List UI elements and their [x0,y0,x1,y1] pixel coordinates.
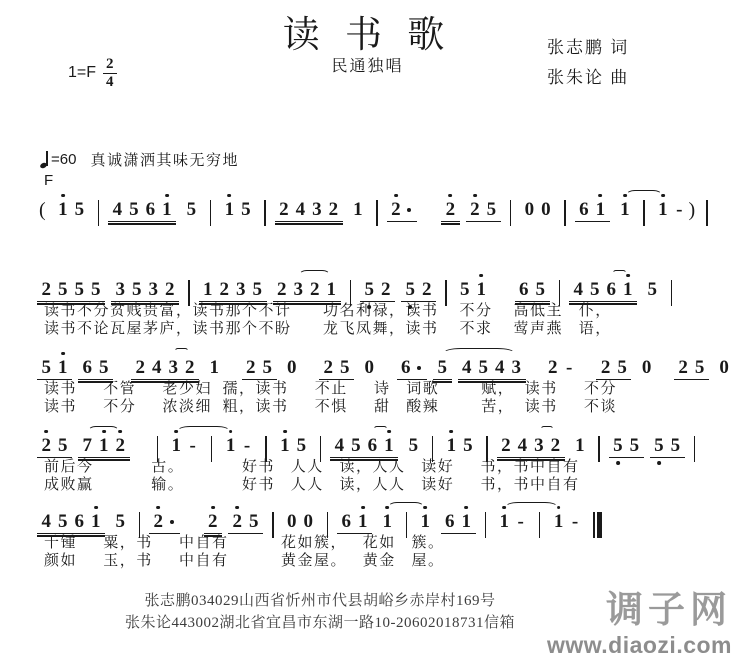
note: 2 [325,200,342,219]
note: 5 [610,436,627,455]
note-group: 2- [544,358,579,380]
note-group: 0 [283,358,302,380]
note: 2 [205,512,222,531]
note: 5 [402,280,419,299]
octave-dot-above [156,506,160,510]
note: 1 [221,200,238,219]
note: 0 [716,358,733,377]
note: 2 [112,436,129,455]
slur [177,426,229,436]
lyrics-line: 千锺 粟，书 中自有 花如簇， 花如 簇。 [44,534,735,552]
parenthesis: ) [688,200,697,220]
note-group: 25 [228,512,263,534]
note: 5 [88,280,105,299]
lyrics-line: 读书不分贫贱贵富，读书那个不计 功名利禄，读书 不分 高低主 仆， [44,302,735,320]
note: 0 [638,358,655,377]
note: 4 [292,200,309,219]
note-group: 65 [78,358,113,380]
octave-dot-above [44,430,48,434]
note: 1 [355,512,372,531]
extension-dash: - [567,512,583,531]
octave-dot-above [449,194,453,198]
note: 5 [460,436,477,455]
note: 5 [293,436,310,455]
note: 6 [364,436,381,455]
slur [388,502,424,512]
extension-dash: - [561,358,577,377]
note: 1 [443,436,460,455]
slur [443,348,515,358]
note-group: 4561 [37,512,105,534]
note-group: 00 [520,200,555,222]
note: 6 [338,512,355,531]
note: 0 [300,512,317,531]
expression-text: 真诚潇洒其味无穷地 [90,149,239,170]
note-group: 25 [674,358,709,380]
note-group: 2 [387,200,418,222]
note-group: ( [37,199,48,222]
extension-dash: - [185,436,201,455]
credits-block: 张志鹏 词 张朱论 曲 [547,33,629,93]
note-group: 2432 [497,436,565,458]
note: 3 [508,358,525,377]
extension-dash: - [671,200,687,219]
octave-dot-above [61,194,65,198]
note-group: 15 [276,436,311,458]
octave-dot-above [473,194,477,198]
note: 0 [361,358,378,377]
note: 5 [651,436,668,455]
note: 1 [55,358,72,377]
slur [612,270,627,280]
note-group: 1- [221,436,256,458]
note-group: 1 [349,200,368,222]
note: 1 [277,436,294,455]
note-group: 1 [205,358,224,380]
note-group: 5 [433,358,452,380]
octave-dot-above [394,194,398,198]
note-group: 1235 [199,280,267,302]
barline [706,200,708,226]
octave-dot-above [228,194,232,198]
note-group: 61 [337,512,372,534]
note-group: 52 [401,280,436,302]
note: 2 [378,280,395,299]
rhythm-dot [407,208,411,212]
key-signature: 1=F 2 4 [68,56,117,90]
note: 1 [159,200,176,219]
note: 5 [483,200,500,219]
octave-dot-above [599,194,603,198]
slur [626,190,662,200]
note: 6 [516,280,533,299]
note: 1 [496,512,513,531]
note: 1 [323,280,340,299]
time-signature: 2 4 [103,56,117,90]
barline [264,200,266,226]
note: 2 [162,280,179,299]
quarter-note-icon [40,151,50,169]
lyrics-line: 成败赢 输。 好书 人人 读，人人 读好 书，书中自有 [44,476,735,494]
barline [98,200,100,226]
note: 6 [576,200,593,219]
note-group: 1- [549,512,584,534]
note-group: 5 [111,512,130,534]
extension-dash: - [239,436,255,455]
note-group: 15 [54,200,89,222]
note: 3 [233,280,250,299]
note: 1 [206,358,223,377]
note: 2 [388,200,405,219]
octave-dot-above [165,194,169,198]
note: 1 [655,200,672,219]
note-group: 1-) [654,199,698,222]
note-group: 0 [360,358,379,380]
note: 4 [570,280,587,299]
note-group: 25 [319,358,354,380]
slur [299,270,330,280]
lyricist-credit: 张志鹏 词 [547,33,629,63]
note: 1 [550,512,567,531]
note: 5 [71,280,88,299]
note-group: 2 [441,200,460,222]
note-group: 15 [442,436,477,458]
note: 5 [614,358,631,377]
note: 5 [55,280,72,299]
note-group: 61 [441,512,476,534]
note: 2 [276,200,293,219]
extension-dash: - [513,512,529,531]
note: 2 [132,358,149,377]
note: 1 [88,512,105,531]
watermark-site-url: www.diaozi.com [547,632,732,659]
note: 2 [597,358,614,377]
music-line-2: 25553532123523215252516545615 [34,270,735,302]
note-group: 2432 [275,200,343,222]
note: 5 [126,200,143,219]
note: 5 [457,280,474,299]
lyrics-line: 读书不论瓦屋茅庐，读书那个不盼 龙飞凤舞，读书 不求 莺声燕 语， [44,320,735,338]
octave-dot-above [464,506,468,510]
barline [510,200,512,226]
note-group: 712 [78,436,130,458]
octave-dot-above [211,506,215,510]
note: 3 [290,280,307,299]
note-group: 1 [571,436,590,458]
note: 2 [38,436,55,455]
note: 3 [165,358,182,377]
note: 1 [200,280,217,299]
note-group: 4561 [569,280,637,302]
note: 2 [38,280,55,299]
note: 2 [150,512,167,531]
note-group: 15 [220,200,255,222]
rhythm-dot [417,366,421,370]
octave-dot-above [450,430,454,434]
lyrics-line: 读书 不分 浓淡细 粗，读书 不惧 甜 酸辣 苦， 读书 不谈 [44,398,735,416]
slur [505,502,557,512]
note: 2 [216,280,233,299]
note: 1 [458,512,475,531]
footer-address-2: 张朱论443002湖北省宜昌市东湖一路10-20602018731信箱 [40,612,600,634]
note: 5 [667,436,684,455]
note: 5 [238,200,255,219]
note: 2 [442,200,459,219]
octave-dot-above [361,506,365,510]
slur [88,426,119,436]
sheet-music-page: 读 书 歌 民通独唱 张志鹏 词 张朱论 曲 1=F 2 4 =60 真诚潇洒其… [0,0,735,668]
note-group: 1 [416,512,435,534]
note: 6 [71,512,88,531]
note: 5 [475,358,492,377]
note: 1 [381,436,398,455]
note-group: 51 [37,358,72,380]
lyrics-line: 前后今 古。 好书 人人 读，人人 读好 书，书中自有 [44,458,735,476]
note: 1 [617,200,634,219]
note: 5 [587,280,604,299]
chord-symbol: F [44,172,53,189]
note-group: 55 [609,436,644,458]
note: 5 [434,358,451,377]
meter-numerator: 2 [103,56,117,74]
note: 5 [405,436,422,455]
note-group: 0 [637,358,656,380]
note: 5 [129,280,146,299]
watermark: 调子网 www.diaozi.com [547,589,732,659]
note: 2 [675,358,692,377]
note-group: 1- [495,512,530,534]
note: 5 [348,436,365,455]
note-group: 5 [404,436,423,458]
footer-address-1: 张志鹏034029山西省忻州市代县胡峪乡赤岸村169号 [40,590,600,612]
note-group: 4561 [330,436,398,458]
note: 1 [572,436,589,455]
note: 2 [467,200,484,219]
note: 7 [79,436,96,455]
note: 1 [222,436,239,455]
tempo-row: =60 真诚潇洒其味无穷地 [40,149,239,170]
note: 5 [337,358,354,377]
meter-denominator: 4 [106,74,114,91]
note-group: 25 [466,200,501,222]
note: 5 [183,200,200,219]
contact-footer: 张志鹏034029山西省忻州市代县胡峪乡赤岸村169号 张朱论443002湖北省… [40,590,600,634]
note: 0 [284,358,301,377]
tempo-value: =60 [51,151,76,168]
note: 2 [274,280,291,299]
key-label: 1=F [68,64,96,82]
slur [373,426,388,436]
barline [376,200,378,226]
octave-dot-above [283,430,287,434]
note-group: 1 [616,200,635,222]
note: 3 [531,436,548,455]
note: 4 [109,200,126,219]
slur [540,426,555,436]
note: 2 [545,358,562,377]
note-group: 61 [575,200,610,222]
note-group: 5 [643,280,662,302]
note: 2 [320,358,337,377]
note: 4 [514,436,531,455]
note: 5 [96,358,113,377]
note-group: 52 [360,280,395,302]
note-group: 25 [242,358,277,380]
note: 1 [55,200,72,219]
note: 5 [691,358,708,377]
note: 5 [249,280,266,299]
note-group: 25 [596,358,631,380]
note: 4 [38,512,55,531]
barline [210,200,212,226]
note: 3 [112,280,129,299]
note-group: 4561 [108,200,176,222]
note: 4 [459,358,476,377]
note-group: 2321 [273,280,341,302]
octave-dot-above [61,352,65,356]
note-group: 4543 [458,358,526,380]
watermark-site-name: 调子网 [547,589,732,632]
note: 3 [145,280,162,299]
note: 5 [71,200,88,219]
note: 1 [592,200,609,219]
note-group: 6 [397,358,428,380]
note: 0 [538,200,555,219]
note: 6 [398,358,415,377]
music-line-4: 257121-1-154561515243215555 [34,426,735,458]
lyrics-line: 颜如 玉，书 中自有 黄金屋。 黄金 屋。 [44,552,735,570]
note: 1 [620,280,637,299]
note: 5 [38,358,55,377]
note-group: 2432 [131,358,199,380]
barline [564,200,566,226]
note-group: 5 [182,200,201,222]
parenthesis: ( [38,200,47,220]
note: 1 [350,200,367,219]
note: 2 [182,358,199,377]
note: 2 [243,358,260,377]
octave-dot-above [479,274,483,278]
note: 5 [246,512,263,531]
note: 2 [307,280,324,299]
note: 1 [417,512,434,531]
note: 5 [644,280,661,299]
note: 4 [331,436,348,455]
note: 1 [379,512,396,531]
note: 5 [626,436,643,455]
note: 1 [96,436,113,455]
music-line-3: 5165243212502506545432-250250 [34,348,735,380]
note: 5 [361,280,378,299]
note: 6 [79,358,96,377]
note: 2 [229,512,246,531]
note: 5 [259,358,276,377]
note: 5 [532,280,549,299]
note: 0 [521,200,538,219]
note: 1 [473,280,490,299]
octave-dot-above [235,506,239,510]
note: 4 [492,358,509,377]
note: 2 [547,436,564,455]
note: 4 [149,358,166,377]
note: 1 [168,436,185,455]
music-line-5: 456152225006111611-1- [34,502,735,534]
note-group: 51 [456,280,491,302]
note-group: 25 [37,436,72,458]
note: 5 [55,512,72,531]
note: 2 [419,280,436,299]
lyrics-line: 读书 不管 老少妇 孺，读书 不止 诗 词歌 赋， 读书 不分 [44,380,735,398]
note-group: 0 [715,358,734,380]
note: 2 [498,436,515,455]
note-group: 3532 [111,280,179,302]
slur [174,348,189,358]
note: 0 [284,512,301,531]
note-group: 2 [149,512,180,534]
note: 3 [309,200,326,219]
note-group: 1 [378,512,397,534]
note-group: 1- [167,436,202,458]
composer-credit: 张朱论 曲 [547,63,629,93]
note: 5 [55,436,72,455]
octave-dot-above [94,506,98,510]
note-group: 2555 [37,280,105,302]
rhythm-dot [170,520,174,524]
note-group: 55 [650,436,685,458]
note: 6 [603,280,620,299]
note: 6 [442,512,459,531]
music-line-1: (154561515243212225006111-) [34,190,735,222]
note-group: 2 [204,512,223,534]
note: 5 [112,512,129,531]
note-group: 65 [515,280,550,302]
note-group: 00 [283,512,318,534]
barline [643,200,645,226]
note: 6 [142,200,159,219]
